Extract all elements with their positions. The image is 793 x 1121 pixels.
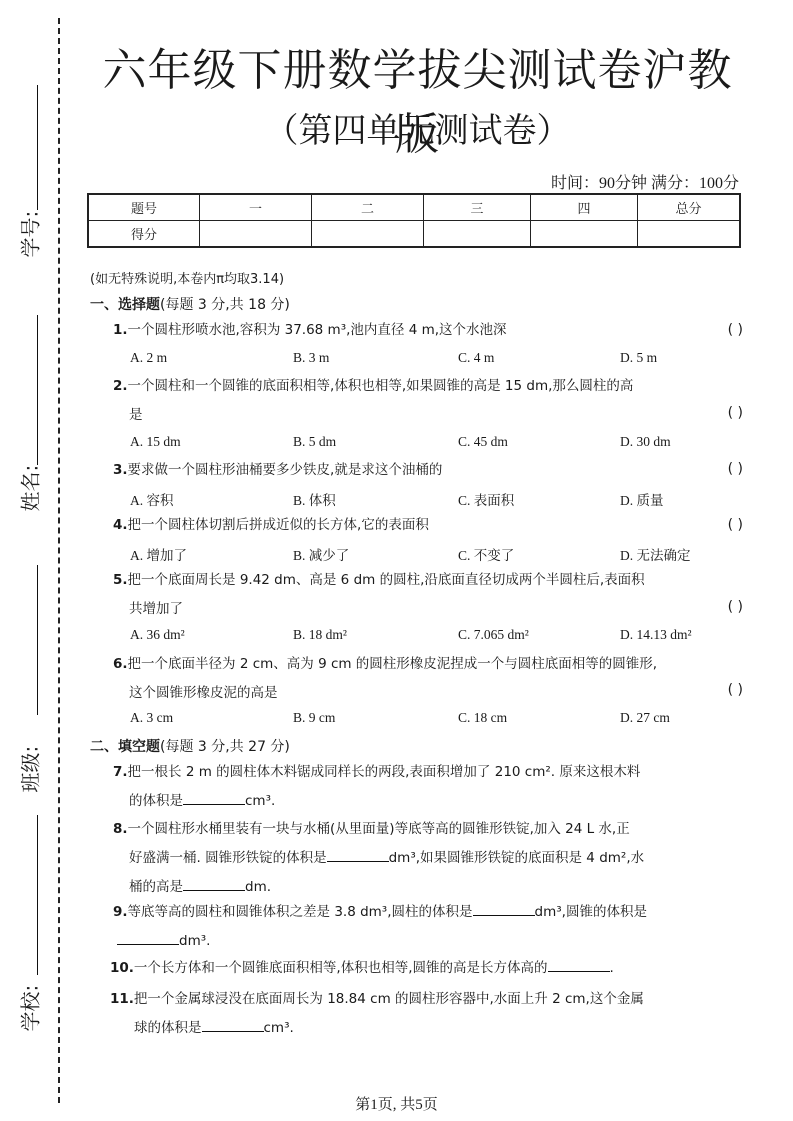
- section-title: 一、选择题: [90, 297, 160, 313]
- school-line: [37, 815, 38, 975]
- question-number: 4.: [113, 517, 128, 533]
- answer-parentheses[interactable]: ( ): [728, 405, 743, 421]
- option-d[interactable]: D. 无法确定: [620, 544, 691, 564]
- score-table-header: 总分: [638, 194, 741, 221]
- answer-parentheses[interactable]: ( ): [728, 682, 743, 698]
- question-text-cont: cm³.: [245, 793, 275, 809]
- question-text: 等底等高的圆柱和圆锥体积之差是 3.8 dm³,圆柱的体积是: [128, 904, 473, 920]
- option-d[interactable]: D. 5 m: [620, 350, 657, 366]
- score-cell[interactable]: [312, 221, 424, 248]
- score-cell[interactable]: [424, 221, 531, 248]
- score-table-header: 一: [200, 194, 312, 221]
- question-text-cont: dm.: [245, 879, 271, 895]
- answer-parentheses[interactable]: ( ): [728, 461, 743, 477]
- question-text: 一个圆柱形水桶里装有一块与水桶(从里面量)等底等高的圆锥形铁锭,加入 24 L …: [128, 821, 630, 837]
- option-d[interactable]: D. 27 cm: [620, 710, 670, 726]
- question-text: 把一个圆柱体切割后拼成近似的长方体,它的表面积: [128, 517, 429, 533]
- question-text-cont: 球的体积是: [110, 1020, 202, 1036]
- student-id-line: [37, 85, 38, 210]
- option-b[interactable]: B. 体积: [293, 489, 336, 509]
- question-text-cont: 好盛满一桶. 圆锥形铁锭的体积是: [113, 850, 327, 866]
- school-label: 学校:: [15, 1002, 44, 1032]
- question-number: 9.: [113, 904, 128, 920]
- option-d[interactable]: D. 14.13 dm²: [620, 627, 692, 643]
- binding-cut-line: [58, 18, 60, 1103]
- score-row-label: 得分: [88, 221, 200, 248]
- section-heading: 一、选择题(每题 3 分,共 18 分): [90, 294, 290, 314]
- option-a[interactable]: A. 15 dm: [130, 434, 181, 450]
- option-b[interactable]: B. 减少了: [293, 544, 349, 564]
- score-cell[interactable]: [531, 221, 638, 248]
- student-name-line: [37, 315, 38, 465]
- question-stem: 10.一个长方体和一个圆锥底面积相等,体积也相等,圆锥的高是长方体高的.: [110, 954, 740, 983]
- question-text-cont: 是: [113, 407, 143, 423]
- answer-parentheses[interactable]: ( ): [728, 517, 743, 533]
- question-stem: 1.一个圆柱形喷水池,容积为 37.68 m³,池内直径 4 m,这个水池深: [113, 316, 743, 345]
- question-stem: 6.把一个底面半径为 2 cm、高为 9 cm 的圆柱形橡皮泥捏成一个与圆柱底面…: [113, 650, 743, 708]
- student-id-label: 学号:: [15, 228, 44, 258]
- answer-blank[interactable]: [473, 901, 535, 916]
- option-c[interactable]: C. 7.065 dm²: [458, 627, 529, 643]
- option-a[interactable]: A. 36 dm²: [130, 627, 185, 643]
- question-stem: 3.要求做一个圆柱形油桶要多少铁皮,就是求这个油桶的: [113, 456, 743, 485]
- page-number: 第1页, 共5页: [0, 1093, 793, 1114]
- score-table-header: 二: [312, 194, 424, 221]
- question-number: 3.: [113, 462, 128, 478]
- question-stem: 11.把一个金属球浸没在底面周长为 18.84 cm 的圆柱形容器中,水面上升 …: [110, 985, 740, 1043]
- question-stem: 7.把一根长 2 m 的圆柱体木料锯成同样长的两段,表面积增加了 210 cm²…: [113, 758, 743, 816]
- answer-blank[interactable]: [183, 876, 245, 891]
- question-number: 8.: [113, 821, 128, 837]
- question-stem: 9.等底等高的圆柱和圆锥体积之差是 3.8 dm³,圆柱的体积是dm³,圆锥的体…: [113, 898, 743, 956]
- score-table-header-row: 题号 一 二 三 四 总分: [88, 194, 740, 221]
- answer-blank[interactable]: [548, 957, 610, 972]
- option-c[interactable]: C. 4 m: [458, 350, 494, 366]
- question-text-cont: 共增加了: [113, 601, 183, 617]
- question-number: 1.: [113, 322, 128, 338]
- option-a[interactable]: A. 2 m: [130, 350, 167, 366]
- question-text: 把一个底面周长是 9.42 dm、高是 6 dm 的圆柱,沿底面直径切成两个半圆…: [128, 572, 645, 588]
- class-line: [37, 565, 38, 715]
- score-cell[interactable]: [200, 221, 312, 248]
- question-text-cont: 桶的高是: [113, 879, 183, 895]
- class-label: 班级:: [15, 763, 44, 793]
- option-a[interactable]: A. 3 cm: [130, 710, 173, 726]
- question-text: 一个圆柱和一个圆锥的底面积相等,体积也相等,如果圆锥的高是 15 dm,那么圆柱…: [128, 378, 634, 394]
- option-c[interactable]: C. 不变了: [458, 544, 514, 564]
- question-text: 要求做一个圆柱形油桶要多少铁皮,就是求这个油桶的: [128, 462, 443, 478]
- question-text-cont: dm³.: [179, 933, 210, 949]
- option-b[interactable]: B. 5 dm: [293, 434, 336, 450]
- score-table-header: 三: [424, 194, 531, 221]
- score-cell-total[interactable]: [638, 221, 741, 248]
- question-stem: 2.一个圆柱和一个圆锥的底面积相等,体积也相等,如果圆锥的高是 15 dm,那么…: [113, 372, 743, 430]
- question-number: 10.: [110, 960, 134, 976]
- question-text: 一个圆柱形喷水池,容积为 37.68 m³,池内直径 4 m,这个水池深: [128, 322, 507, 338]
- question-number: 11.: [110, 991, 134, 1007]
- question-number: 6.: [113, 656, 128, 672]
- option-d[interactable]: D. 30 dm: [620, 434, 671, 450]
- page-subtitle: （第四单元测试卷）: [85, 103, 750, 152]
- question-number: 2.: [113, 378, 128, 394]
- answer-blank[interactable]: [117, 930, 179, 945]
- option-a[interactable]: A. 增加了: [130, 544, 187, 564]
- section-title: 二、填空题: [90, 739, 160, 755]
- question-number: 5.: [113, 572, 128, 588]
- option-c[interactable]: C. 45 dm: [458, 434, 508, 450]
- question-text: 把一个底面半径为 2 cm、高为 9 cm 的圆柱形橡皮泥捏成一个与圆柱底面相等…: [128, 656, 658, 672]
- answer-blank[interactable]: [183, 790, 245, 805]
- answer-blank[interactable]: [327, 847, 389, 862]
- score-table-score-row: 得分: [88, 221, 740, 248]
- section-heading: 二、填空题(每题 3 分,共 27 分): [90, 736, 290, 756]
- section-detail: (每题 3 分,共 18 分): [160, 297, 290, 313]
- answer-parentheses[interactable]: ( ): [728, 322, 743, 338]
- question-stem: 8.一个圆柱形水桶里装有一块与水桶(从里面量)等底等高的圆锥形铁锭,加入 24 …: [113, 815, 743, 902]
- exam-time-info: 时间：90分钟 满分：100分: [551, 170, 739, 193]
- student-name-label: 姓名:: [15, 482, 44, 512]
- question-text-cont: dm³,圆锥的体积是: [535, 904, 647, 920]
- option-c[interactable]: C. 表面积: [458, 489, 514, 509]
- score-table: 题号 一 二 三 四 总分 得分: [87, 193, 741, 248]
- pi-note: (如无特殊说明,本卷内π均取3.14): [90, 268, 284, 287]
- option-b[interactable]: B. 3 m: [293, 350, 329, 366]
- question-text-cont: 这个圆锥形橡皮泥的高是: [113, 685, 278, 701]
- question-number: 7.: [113, 764, 128, 780]
- option-c[interactable]: C. 18 cm: [458, 710, 507, 726]
- option-b[interactable]: B. 18 dm²: [293, 627, 347, 643]
- section-detail: (每题 3 分,共 27 分): [160, 739, 290, 755]
- option-d[interactable]: D. 质量: [620, 489, 664, 509]
- score-table-header: 题号: [88, 194, 200, 221]
- question-text-cont: .: [610, 960, 614, 976]
- score-table-header: 四: [531, 194, 638, 221]
- answer-blank[interactable]: [202, 1017, 264, 1032]
- question-text: 把一根长 2 m 的圆柱体木料锯成同样长的两段,表面积增加了 210 cm². …: [128, 764, 641, 780]
- question-text-cont: cm³.: [264, 1020, 294, 1036]
- question-text: 一个长方体和一个圆锥底面积相等,体积也相等,圆锥的高是长方体高的: [134, 960, 548, 976]
- question-text-cont: 的体积是: [113, 793, 183, 809]
- question-text-cont: dm³,如果圆锥形铁锭的底面积是 4 dm²,水: [389, 850, 645, 866]
- option-b[interactable]: B. 9 cm: [293, 710, 335, 726]
- question-text: 把一个金属球浸没在底面周长为 18.84 cm 的圆柱形容器中,水面上升 2 c…: [134, 991, 644, 1007]
- question-stem: 4.把一个圆柱体切割后拼成近似的长方体,它的表面积: [113, 511, 743, 540]
- option-a[interactable]: A. 容积: [130, 489, 174, 509]
- answer-parentheses[interactable]: ( ): [728, 599, 743, 615]
- question-stem: 5.把一个底面周长是 9.42 dm、高是 6 dm 的圆柱,沿底面直径切成两个…: [113, 566, 743, 624]
